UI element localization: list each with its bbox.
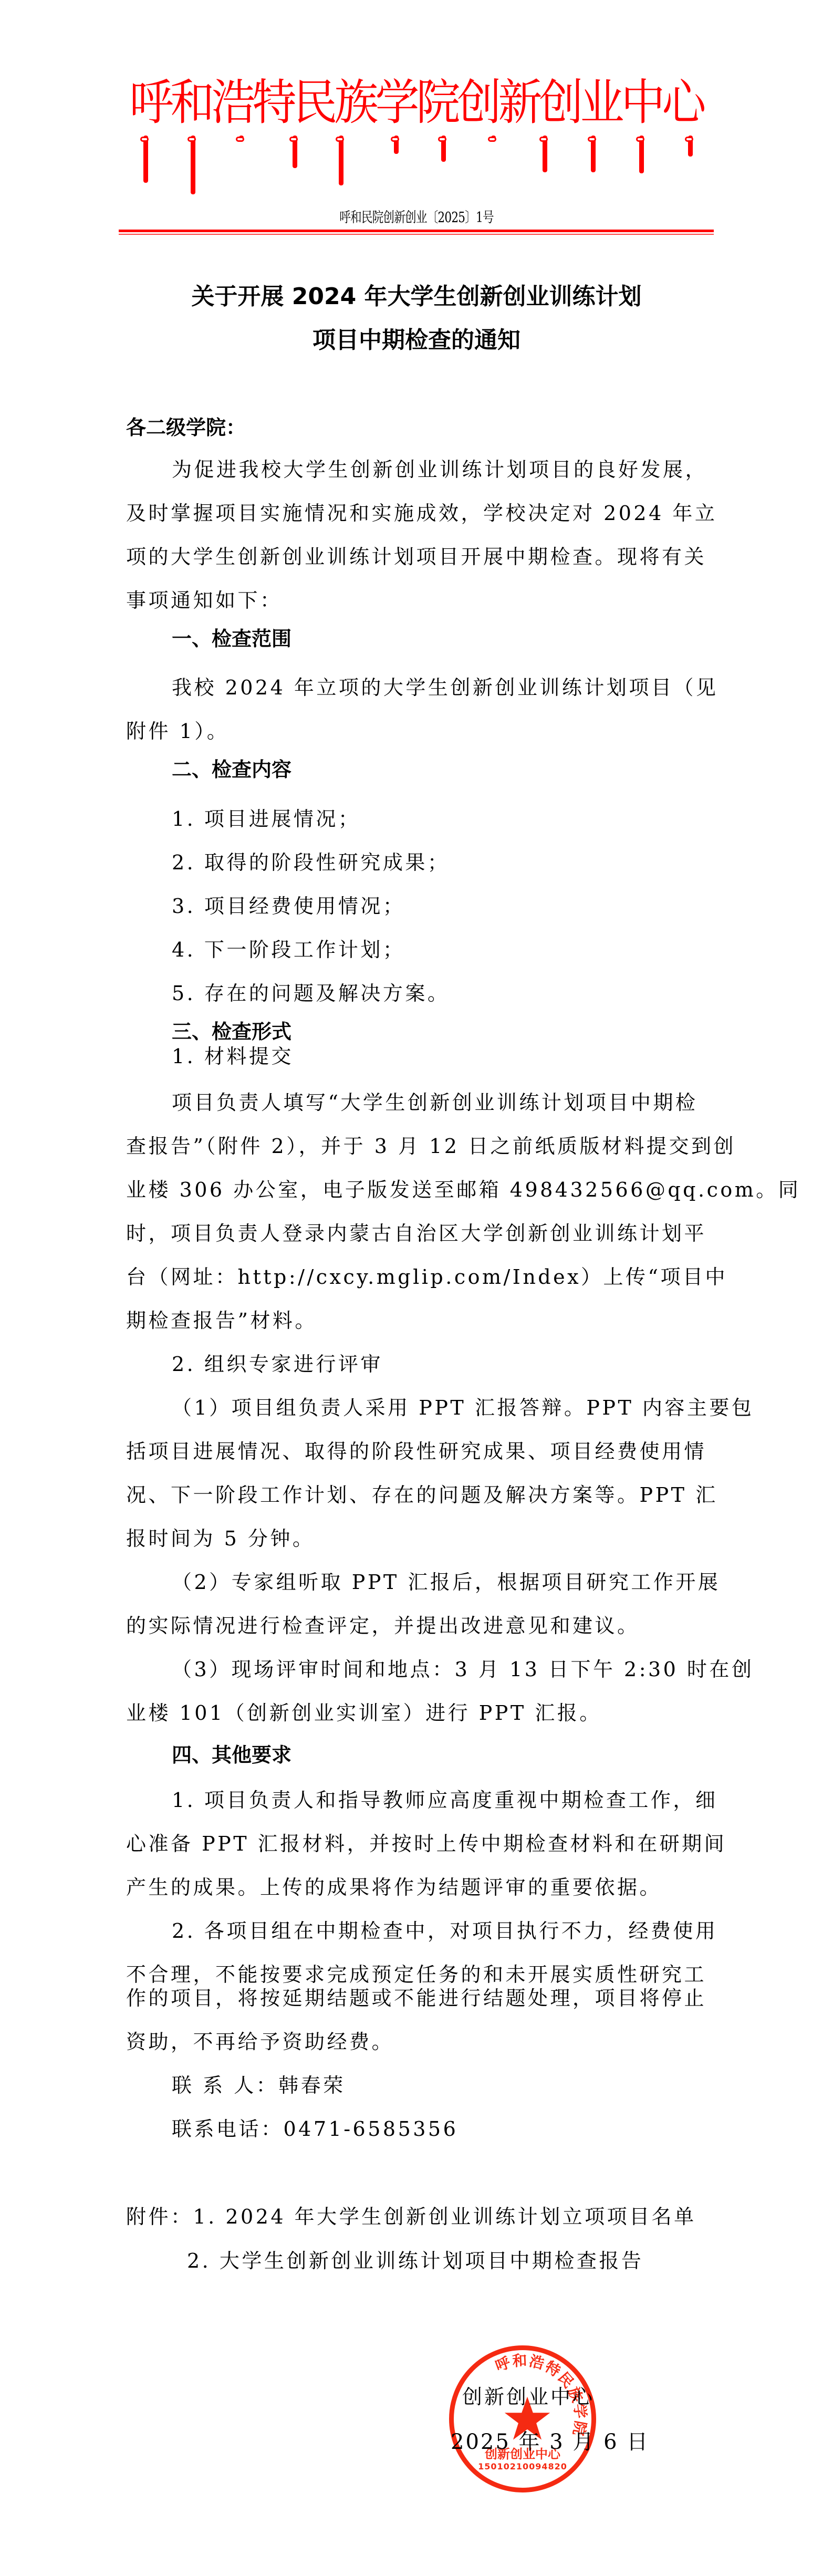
scope-line: 我校 2024 年立项的大学生创新创业训练计划项目（见 [172,675,718,700]
mongolian-glyph [191,136,195,194]
content-item: 2. 取得的阶段性研究成果； [172,850,450,875]
mongolian-glyph [394,136,399,154]
official-seal: 呼和浩特民族学院 创新创业中心 15010210094820 [449,2345,596,2492]
section-heading-other-requirements: 四、其他要求 [172,1742,291,1768]
section-heading-scope: 一、检查范围 [172,626,291,651]
requirement-line: 产生的成果。上传的成果将作为结题评审的重要依据。 [126,1875,662,1900]
mongolian-glyph [591,136,596,172]
contact-person: 联 系 人：韩春荣 [172,2073,346,2098]
review-line: 报时间为 5 分钟。 [126,1526,315,1551]
materials-line: 时，项目负责人登录内蒙古自治区大学创新创业训练计划平 [126,1221,706,1246]
review-line: 况、下一阶段工作计划、存在的问题及解决方案等。PPT 汇 [126,1482,718,1508]
intro-line: 及时掌握项目实施情况和实施成效，学校决定对 2024 年立 [126,501,717,526]
requirement-line: 作的项目，将按延期结题或不能进行结题处理，项目将停止 [126,1986,706,2011]
requirement-line: 资助，不再给予资助经费。 [126,2029,394,2054]
mongolian-glyph [639,136,644,173]
content-item: 4. 下一阶段工作计划； [172,937,405,962]
notice-title-line-2: 项目中期检查的通知 [0,321,833,355]
section-heading-format: 三、检查形式 [172,1019,291,1044]
intro-line: 为促进我校大学生创新创业训练计划项目的良好发展， [172,457,707,482]
document-number: 呼和民院创新创业〔2025〕1号 [84,206,750,226]
mongolian-glyph [293,136,297,168]
seal-code: 15010210094820 [454,2461,591,2471]
materials-line: 业楼 306 办公室，电子版发送至邮箱 498432566@qq.com。同 [126,1177,800,1202]
requirement-line: 不合理，不能按要求完成预定任务的和未开展实质性研究工 [126,1962,706,1987]
intro-line: 项的大学生创新创业训练计划项目开展中期检查。现将有关 [126,544,706,569]
materials-line: 项目负责人填写“大学生创新创业训练计划项目中期检 [172,1090,697,1115]
materials-line: 期检查报告”材料。 [126,1308,317,1333]
attachment-2: 2. 大学生创新创业训练计划项目中期检查报告 [187,2248,643,2273]
section-heading-content: 二、检查内容 [172,757,291,782]
mongolian-glyph [491,136,496,142]
content-item: 1. 项目进展情况； [172,806,360,832]
mongolian-glyph [143,136,148,183]
scope-line: 附件 1）。 [126,719,229,744]
attachment-1: 附件：1. 2024 年大学生创新创业训练计划立项项目名单 [126,2204,696,2229]
materials-line: 查报告”（附件 2），并于 3 月 12 日之前纸质版材料提交到创 [126,1134,736,1159]
review-line: 的实际情况进行检查评定，并提出改进意见和建议。 [126,1613,640,1638]
review-line: （3）现场评审时间和地点：3 月 13 日下午 2:30 时在创 [172,1657,754,1682]
letterhead-divider-thin [119,234,714,235]
requirement-line: 2. 各项目组在中期检查中，对项目执行不力，经费使用 [172,1918,717,1944]
subsection-heading-review: 2. 组织专家进行评审 [172,1352,383,1377]
letterhead-divider-thick [119,230,714,232]
review-line: 业楼 101（创新创业实训室）进行 PPT 汇报。 [126,1700,602,1726]
requirement-line: 1. 项目负责人和指导教师应高度重视中期检查工作，细 [172,1788,717,1813]
mongolian-script-org-name [129,136,704,199]
mongolian-glyph [441,136,446,162]
intro-line: 事项通知如下： [126,588,283,613]
content-item: 5. 存在的问题及解决方案。 [172,981,450,1006]
requirement-line: 心准备 PPT 汇报材料，并按时上传中期检查材料和在研期间 [126,1831,726,1856]
mongolian-glyph [339,136,343,185]
review-line: （2）专家组听取 PPT 汇报后，根据项目研究工作开展 [172,1570,720,1595]
content-item: 3. 项目经费使用情况； [172,894,405,919]
materials-line: 台（网址：http://cxcy.mglip.com/Index）上传“项目中 [126,1264,727,1290]
subsection-heading-materials: 1. 材料提交 [172,1044,294,1069]
review-line: 括项目进展情况、取得的阶段性研究成果、项目经费使用情 [126,1439,706,1464]
mongolian-glyph [543,136,547,172]
salutation: 各二级学院： [126,415,246,440]
review-line: （1）项目组负责人采用 PPT 汇报答辩。PPT 内容主要包 [172,1395,754,1420]
mongolian-glyph [239,136,244,142]
letterhead-org-name: 呼和浩特民族学院创新创业中心 [129,74,704,131]
mongolian-glyph [688,136,693,157]
signature-date: 2025 年 3 月 6 日 [451,2425,649,2455]
contact-phone: 联系电话：0471-6585356 [172,2116,458,2142]
signature-org: 创新创业中心 [462,2381,595,2409]
notice-title-line-1: 关于开展 2024 年大学生创新创业训练计划 [0,277,833,311]
